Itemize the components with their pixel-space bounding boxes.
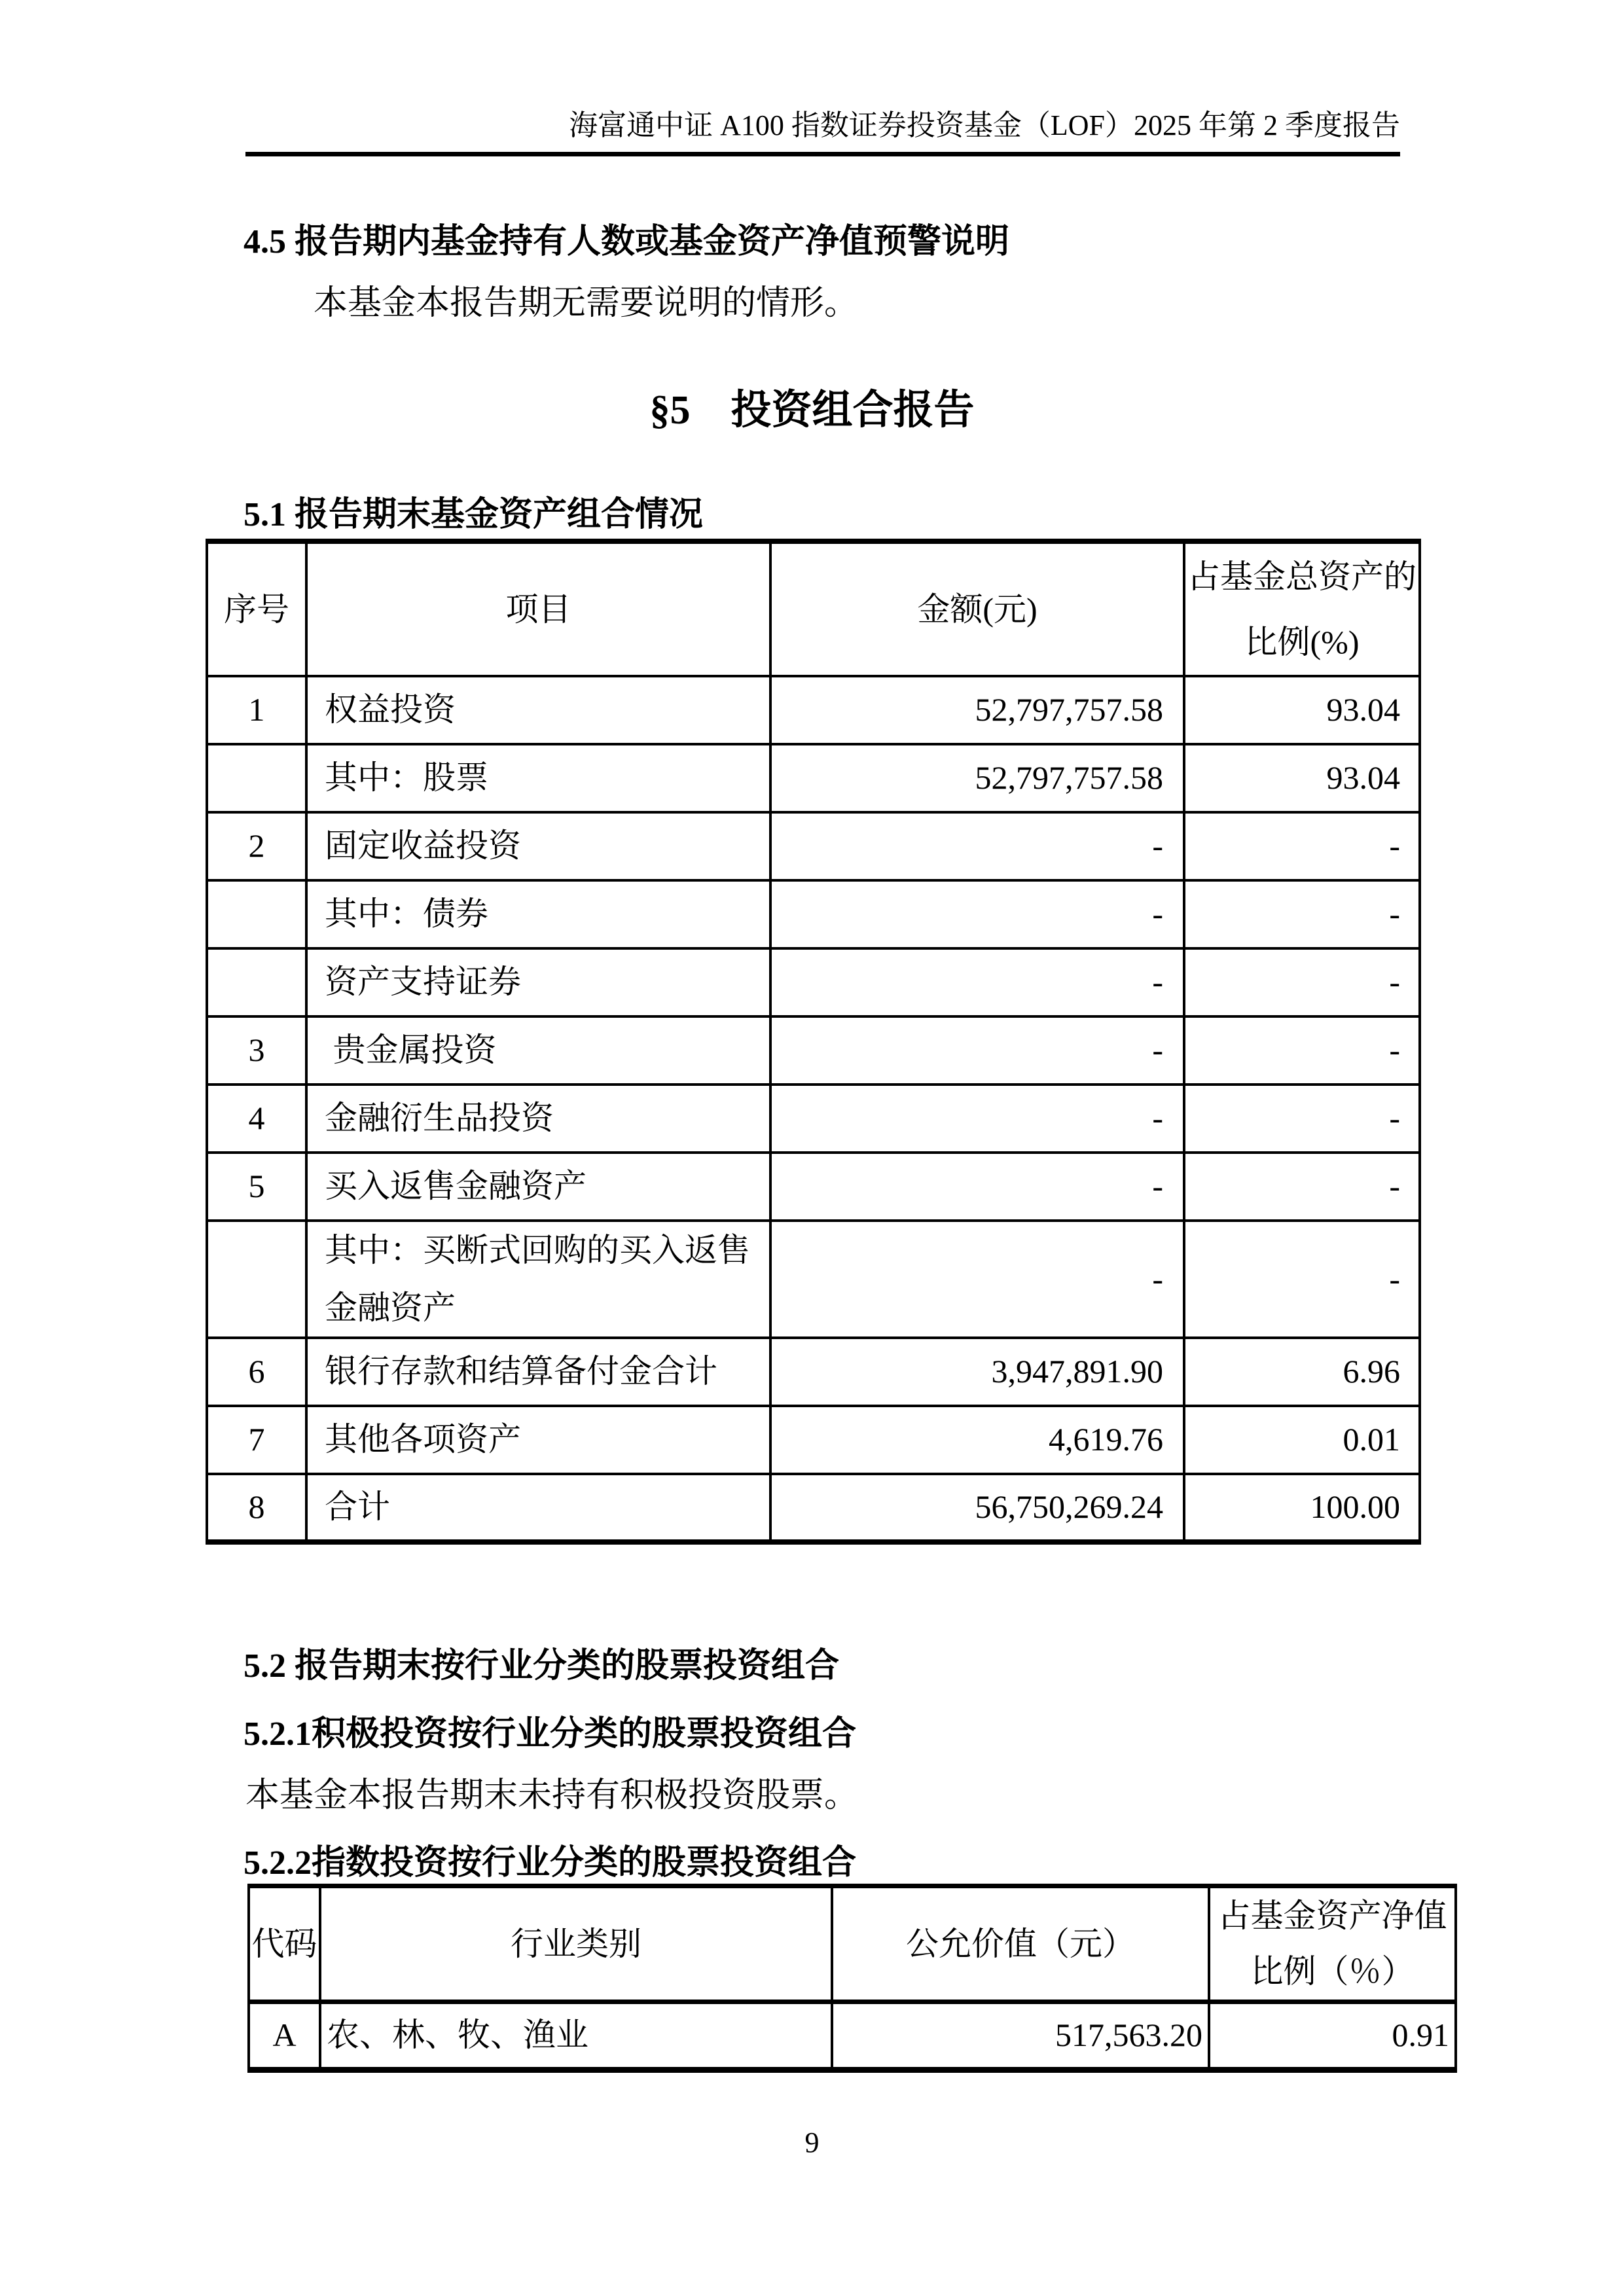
- header-cell-amount: 金额(元): [770, 541, 1184, 676]
- cell-item: 银行存款和结算备付金合计: [306, 1338, 770, 1406]
- cell-amount: -: [770, 948, 1184, 1016]
- cell-amount: -: [770, 1221, 1184, 1338]
- cell-pct: 100.00: [1184, 1474, 1420, 1542]
- table-row: 4金融衍生品投资--: [207, 1085, 1420, 1153]
- cell-pct: 0.01: [1184, 1406, 1420, 1474]
- header-cell-nav-pct: 占基金资产净值比例（％）: [1209, 1886, 1456, 2002]
- cell-no: [207, 880, 306, 948]
- cell-amount: -: [770, 880, 1184, 948]
- section-5-2-title: 5.2 报告期末按行业分类的股票投资组合: [244, 1638, 839, 1687]
- table-row: 2固定收益投资--: [207, 812, 1420, 880]
- table-row: 7其他各项资产4,619.760.01: [207, 1406, 1420, 1474]
- industry-table-body: A农、林、牧、渔业517,563.200.91: [249, 2002, 1456, 2070]
- section-5-2-2-title: 5.2.2指数投资按行业分类的股票投资组合: [244, 1835, 856, 1884]
- cell-pct2: 0.91: [1209, 2002, 1456, 2070]
- header-cell-industry: 行业类别: [320, 1886, 832, 2002]
- cell-pct: -: [1184, 1153, 1420, 1221]
- cell-item: 其他各项资产: [306, 1406, 770, 1474]
- asset-table-header: 序号 项目 金额(元) 占基金总资产的比例(%): [207, 541, 1420, 676]
- cell-pct: 93.04: [1184, 744, 1420, 812]
- header-row: 代码 行业类别 公允价值（元） 占基金资产净值比例（％）: [249, 1886, 1456, 2002]
- section-5-title: §5 投资组合报告: [0, 377, 1624, 435]
- cell-amount: 4,619.76: [770, 1406, 1184, 1474]
- section-4-5-title: 4.5 报告期内基金持有人数或基金资产净值预警说明: [244, 213, 1009, 262]
- cell-pct: 6.96: [1184, 1338, 1420, 1406]
- cell-amount: -: [770, 1153, 1184, 1221]
- cell-pct: 93.04: [1184, 676, 1420, 744]
- cell-item: 资产支持证券: [306, 948, 770, 1016]
- header-rule: [245, 152, 1400, 156]
- table-row: 3 贵金属投资--: [207, 1016, 1420, 1085]
- cell-no: 2: [207, 812, 306, 880]
- cell-amount: -: [770, 1085, 1184, 1153]
- cell-item: 贵金属投资: [306, 1016, 770, 1085]
- cell-no: 4: [207, 1085, 306, 1153]
- table-row: 其中：债券--: [207, 880, 1420, 948]
- cell-industry: 农、林、牧、渔业: [320, 2002, 832, 2070]
- table-row: 其中：买断式回购的买入返售金融资产--: [207, 1221, 1420, 1338]
- section-5-2-1-title: 5.2.1积极投资按行业分类的股票投资组合: [244, 1706, 856, 1755]
- cell-pct: -: [1184, 948, 1420, 1016]
- cell-amount: 52,797,757.58: [770, 744, 1184, 812]
- cell-pct: -: [1184, 1221, 1420, 1338]
- cell-no: 5: [207, 1153, 306, 1221]
- section-5-1-title: 5.1 报告期末基金资产组合情况: [244, 486, 703, 535]
- header-row: 序号 项目 金额(元) 占基金总资产的比例(%): [207, 541, 1420, 676]
- table-row: 6银行存款和结算备付金合计3,947,891.906.96: [207, 1338, 1420, 1406]
- cell-no: 6: [207, 1338, 306, 1406]
- table-row: 资产支持证券--: [207, 948, 1420, 1016]
- cell-pct: -: [1184, 1085, 1420, 1153]
- industry-classification-table: 代码 行业类别 公允价值（元） 占基金资产净值比例（％） A农、林、牧、渔业51…: [247, 1884, 1457, 2073]
- cell-amount: 3,947,891.90: [770, 1338, 1184, 1406]
- asset-table-body: 1权益投资52,797,757.5893.04其中：股票52,797,757.5…: [207, 676, 1420, 1542]
- cell-no: 8: [207, 1474, 306, 1542]
- cell-no: [207, 744, 306, 812]
- section-5-2-1-paragraph: 本基金本报告期末未持有积极投资股票。: [245, 1767, 858, 1816]
- table-row: A农、林、牧、渔业517,563.200.91: [249, 2002, 1456, 2070]
- cell-no: 3: [207, 1016, 306, 1085]
- page-header-title: 海富通中证 A100 指数证券投资基金（LOF）2025 年第 2 季度报告: [569, 109, 1400, 143]
- cell-item: 其中：买断式回购的买入返售金融资产: [306, 1221, 770, 1338]
- header-cell-item: 项目: [306, 541, 770, 676]
- cell-no: 1: [207, 676, 306, 744]
- cell-no: 7: [207, 1406, 306, 1474]
- header-cell-pct: 占基金总资产的比例(%): [1184, 541, 1420, 676]
- asset-composition-table: 序号 项目 金额(元) 占基金总资产的比例(%) 1权益投资52,797,757…: [206, 539, 1421, 1545]
- report-page: 海富通中证 A100 指数证券投资基金（LOF）2025 年第 2 季度报告 4…: [0, 0, 1624, 2296]
- cell-pct: -: [1184, 812, 1420, 880]
- header-cell-fair-value: 公允价值（元）: [832, 1886, 1209, 2002]
- cell-pct: -: [1184, 880, 1420, 948]
- cell-item: 金融衍生品投资: [306, 1085, 770, 1153]
- cell-no: [207, 1221, 306, 1338]
- cell-amount: 56,750,269.24: [770, 1474, 1184, 1542]
- table-row: 8合计56,750,269.24100.00: [207, 1474, 1420, 1542]
- header-cell-no: 序号: [207, 541, 306, 676]
- table-row: 其中：股票52,797,757.5893.04: [207, 744, 1420, 812]
- cell-item: 固定收益投资: [306, 812, 770, 880]
- cell-item: 其中：债券: [306, 880, 770, 948]
- cell-amount: -: [770, 1016, 1184, 1085]
- industry-table-header: 代码 行业类别 公允价值（元） 占基金资产净值比例（％）: [249, 1886, 1456, 2002]
- cell-amount: -: [770, 812, 1184, 880]
- cell-fair_value: 517,563.20: [832, 2002, 1209, 2070]
- table-row: 5买入返售金融资产--: [207, 1153, 1420, 1221]
- cell-item: 权益投资: [306, 676, 770, 744]
- table-row: 1权益投资52,797,757.5893.04: [207, 676, 1420, 744]
- cell-item: 合计: [306, 1474, 770, 1542]
- cell-pct: -: [1184, 1016, 1420, 1085]
- cell-amount: 52,797,757.58: [770, 676, 1184, 744]
- header-cell-code: 代码: [249, 1886, 320, 2002]
- cell-item: 其中：股票: [306, 744, 770, 812]
- section-4-5-paragraph: 本基金本报告期无需要说明的情形。: [314, 275, 858, 324]
- page-number: 9: [0, 2126, 1624, 2159]
- cell-no: [207, 948, 306, 1016]
- cell-code: A: [249, 2002, 320, 2070]
- cell-item: 买入返售金融资产: [306, 1153, 770, 1221]
